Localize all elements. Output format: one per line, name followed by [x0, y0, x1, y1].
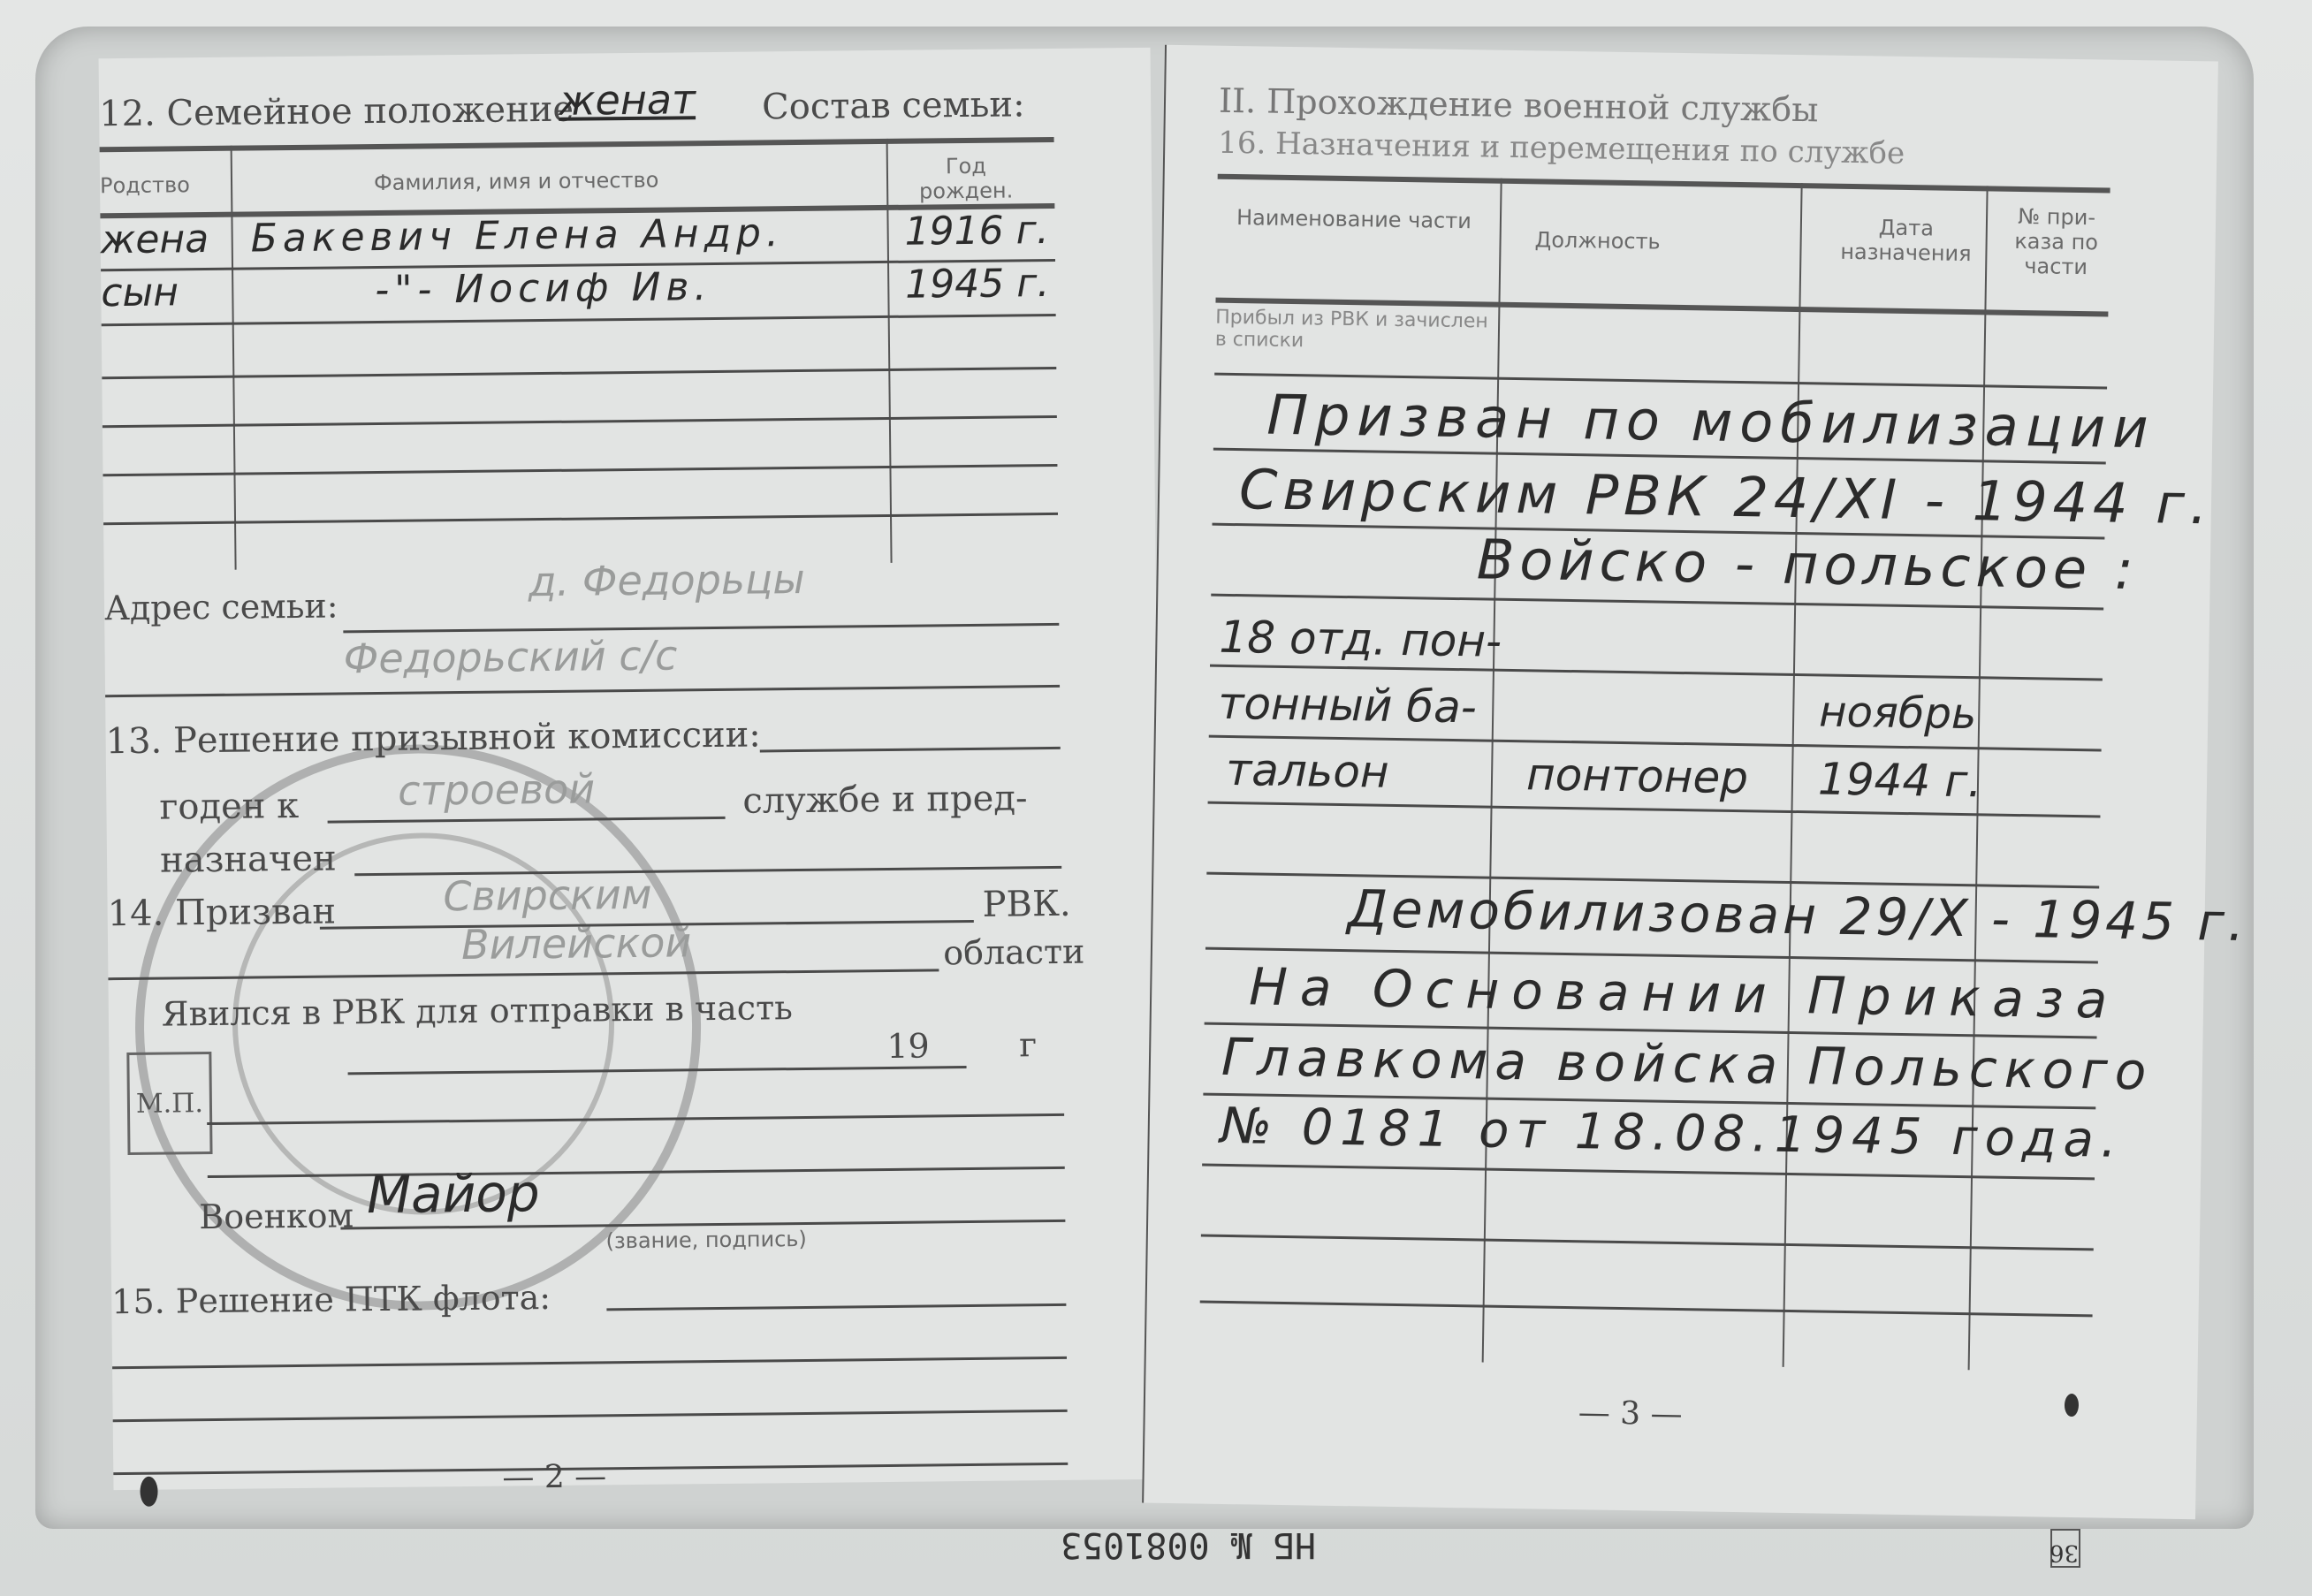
row-line: [102, 367, 1056, 379]
section-title: II. Прохождение военной службы: [1219, 81, 1819, 130]
corner-number-box: 36: [2050, 1529, 2080, 1568]
address-label: Адрес семьи:: [104, 586, 338, 627]
stamp-placeholder-label: М.П.: [136, 1088, 203, 1120]
col-header-date: Дата назначения: [1817, 214, 1995, 266]
section15-label: 15. Решение ПТК флота:: [111, 1278, 551, 1321]
col-divider: [1783, 183, 1803, 1367]
marital-status-value: женат: [559, 75, 696, 125]
ink-spot: [2065, 1394, 2079, 1417]
page-number: — 3 —: [1578, 1395, 1682, 1433]
col-divider: [1482, 179, 1502, 1363]
col-header-unit: Наименование части: [1226, 205, 1482, 234]
assigned-label: назначен: [160, 839, 337, 881]
rvk-suffix: РВК.: [982, 884, 1070, 925]
name-cell: Бакевич Елена Андр.: [250, 210, 784, 261]
date-cell-line2: 1944 г.: [1818, 753, 1982, 807]
ink-spot: [140, 1477, 157, 1507]
row-line: [112, 1357, 1067, 1369]
section16-label: 16. Назначения и перемещения по службе: [1218, 125, 1905, 171]
divider: [1218, 174, 2110, 194]
col-divider: [231, 146, 237, 570]
divider: [100, 137, 1054, 152]
stamp-placeholder-box: М.П.: [126, 1052, 212, 1155]
row-line: [103, 464, 1057, 476]
entry-polish-army: Войско - польское :: [1476, 527, 2139, 602]
col-header-year: Год рожден.: [904, 153, 1029, 203]
page-number: — 2 —: [502, 1458, 606, 1495]
unit-cell-line3: тальон: [1226, 744, 1389, 798]
unit-cell-line2: тонный ба-: [1218, 678, 1477, 733]
col-header-relation: Родство: [100, 172, 190, 198]
right-page: II. Прохождение военной службы 16. Назна…: [1142, 45, 2218, 1520]
fit-value: строевой: [398, 764, 595, 814]
col-header-name: Фамилия, имя и отчество: [374, 168, 659, 195]
section14-label: 14. Призван: [107, 892, 336, 935]
relation-cell: сын: [101, 270, 179, 315]
unit-cell-line1: 18 отд. пон-: [1219, 612, 1502, 667]
oblast-value: Вилейской: [461, 918, 692, 969]
commissar-signature: Майор: [367, 1163, 540, 1225]
demob-authority: Главкома войска Польского: [1221, 1027, 2154, 1102]
section13-label: 13. Решение призывной комиссии:: [105, 714, 761, 762]
demob-order-ref: № 0181 от 18.08.1945 года.: [1220, 1098, 2124, 1169]
address-underline: [105, 685, 1060, 697]
left-page: 12. Семейное положение женат Состав семь…: [99, 48, 1166, 1490]
relation-cell: жена: [100, 217, 209, 262]
row-line: [1201, 1235, 2094, 1251]
underline: [760, 747, 1061, 753]
commissar-label: Военком: [199, 1196, 354, 1236]
address-line2: Федорьский с/с: [343, 631, 677, 682]
row-line: [1200, 1301, 2093, 1318]
section12-label: 12. Семейное положение: [99, 89, 574, 135]
family-composition-label: Состав семьи:: [762, 84, 1025, 127]
date-cell-line1: ноябрь: [1819, 687, 1977, 739]
row-line: [606, 1303, 1066, 1311]
row-line: [102, 314, 1056, 326]
commissar-caption: (звание, подпись): [605, 1227, 807, 1253]
row-line: [103, 415, 1057, 428]
year-cell: 1945 г.: [905, 261, 1050, 308]
name-cell: -"- Иосиф Ив.: [375, 264, 712, 313]
fit-suffix: службе и пред-: [742, 778, 1028, 821]
serial-number-strip: НБ № 0081053: [1061, 1524, 1316, 1565]
oblast-suffix: области: [943, 932, 1085, 973]
address-line1: д. Федорьцы: [528, 555, 804, 605]
col-divider: [886, 139, 893, 563]
col-header-position: Должность: [1534, 227, 1661, 254]
row-line: [1210, 665, 2103, 681]
demob-basis: На Основании Приказа: [1249, 956, 2120, 1030]
entry-called-up: Призван по мобилизации: [1266, 383, 2156, 461]
position-cell: понтонер: [1526, 749, 1749, 803]
demobilized-entry: Демобилизован 29/X - 1945 г.: [1347, 878, 2248, 953]
address-underline: [343, 623, 1059, 633]
year-prefix: 19: [886, 1026, 930, 1066]
row-line: [103, 513, 1058, 525]
fit-prefix: годен к: [159, 786, 299, 828]
year-cell: 1916 г.: [904, 208, 1049, 255]
reported-label: Явился в РВК для отправки в часть: [162, 988, 793, 1033]
rvk-value: Свирским: [443, 870, 652, 920]
year-suffix: г: [1019, 1025, 1037, 1064]
row-line: [113, 1410, 1068, 1422]
first-row-label: Прибыл из РВК и зачислен в списки: [1215, 307, 1499, 355]
col-header-order: № при-каза по части: [2003, 204, 2110, 280]
